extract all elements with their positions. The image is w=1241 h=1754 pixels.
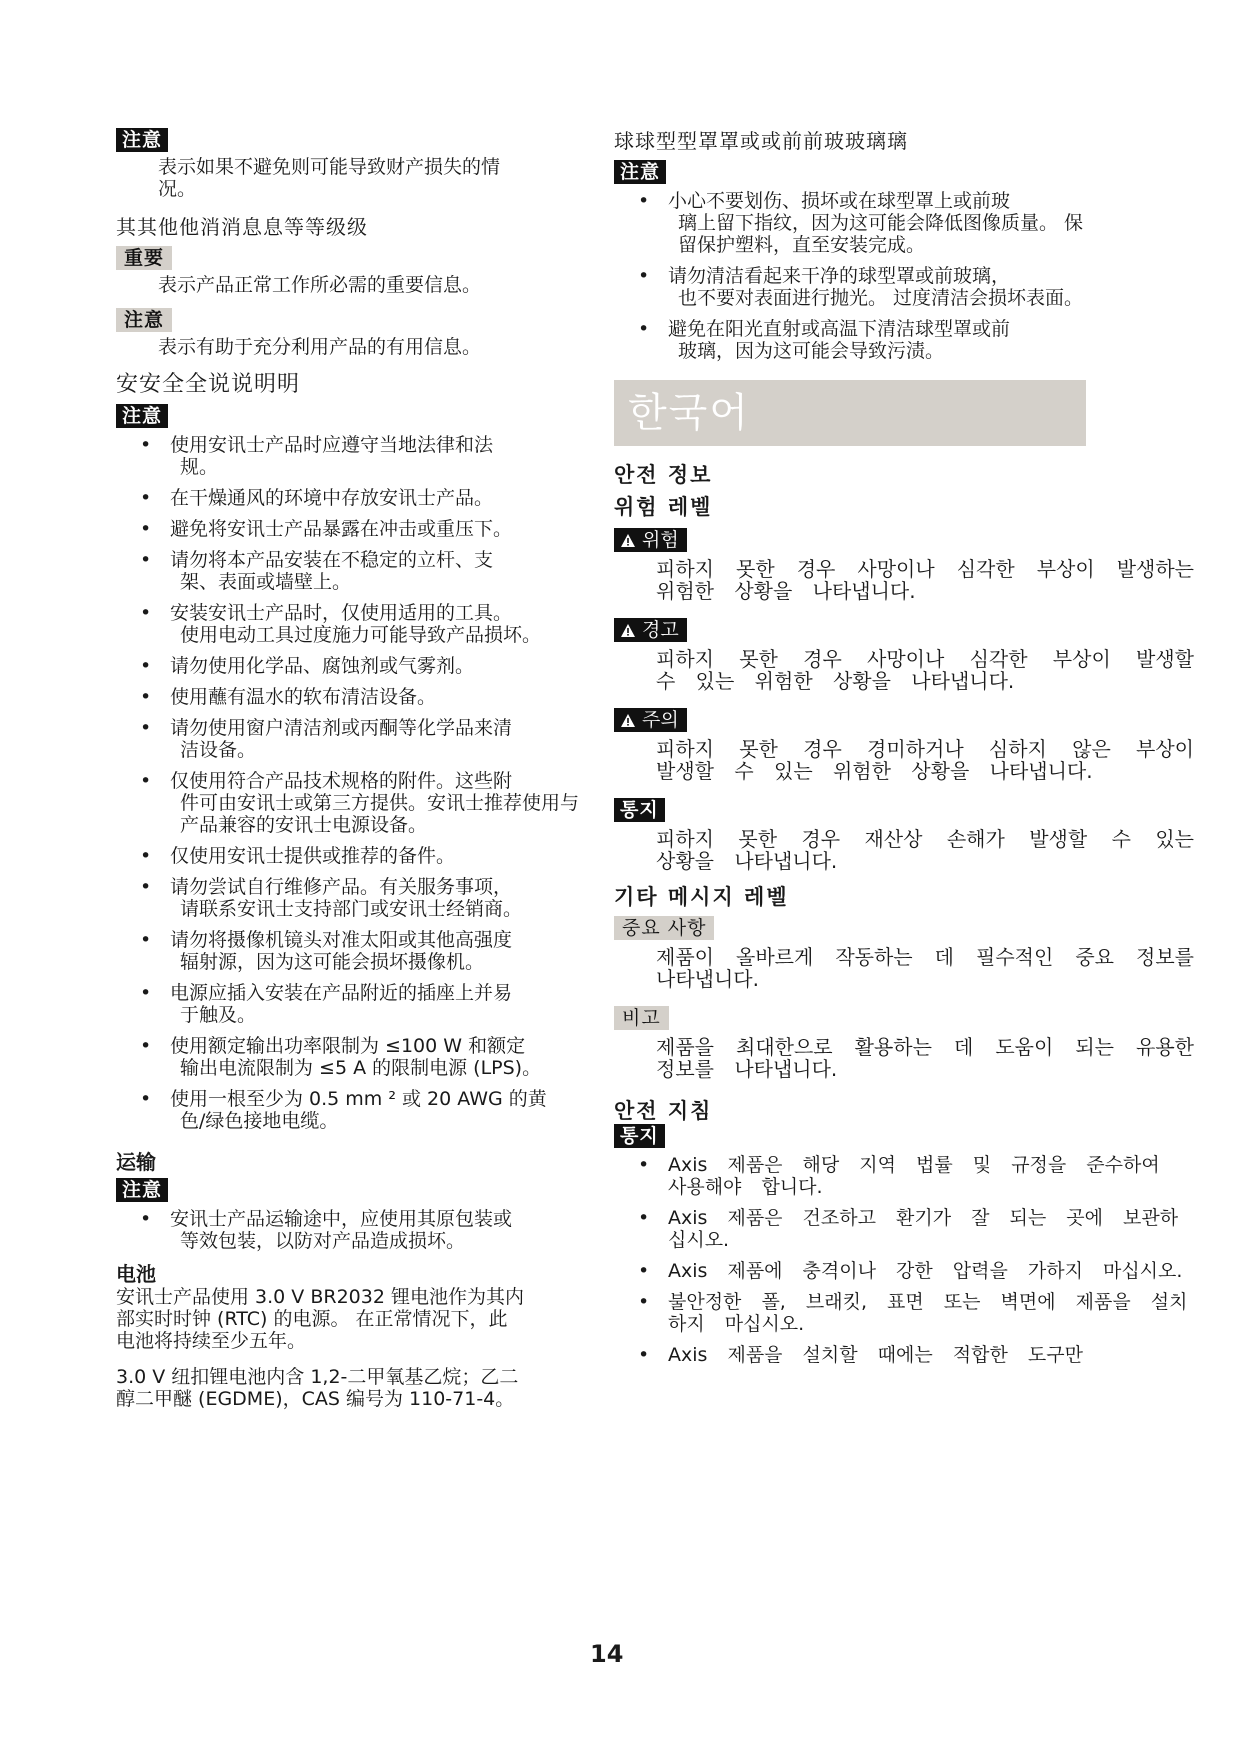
caution-description: 피하지 못한 경우 경미하거나 심하지 않은 부상이 발생할 수 있는 위험한 … (656, 738, 1194, 782)
list-item: 使用蘸有温水的软布清洁设备。 (116, 686, 596, 708)
list-item: 请勿将本产品安装在不稳定的立杆、支架、表面或墙壁上。 (116, 549, 596, 593)
language-banner: 한국어 (614, 380, 1086, 446)
list-item: 安装安讯士产品时，仅使用适用的工具。使用电动工具过度施力可能导致产品损坏。 (116, 602, 596, 646)
note-tag: 注意 (116, 308, 172, 332)
note-description: 表示有助于充分利用产品的有用信息。 (158, 336, 596, 358)
danger-tag: 위험 (614, 528, 687, 552)
safety-instructions-list: Axis 제품은 해당 지역 법률 및 규정을 준수하여 사용해야 합니다. A… (614, 1154, 1194, 1366)
warning-tag: 경고 (614, 618, 687, 642)
important-description: 表示产品正常工作所必需的重要信息。 (158, 274, 596, 296)
list-item: 小心不要划伤、损坏或在球型罩上或前玻璃上留下指纹，因为这可能会降低图像质量。 保… (614, 190, 1094, 256)
list-item: 避免在阳光直射或高温下清洁球型罩或前玻璃，因为这可能会导致污渍。 (614, 318, 1094, 362)
list-item: 请勿清洁看起来干净的球型罩或前玻璃，也不要对表面进行抛光。 过度清洁会损坏表面。 (614, 265, 1094, 309)
dome-list: 小心不要划伤、损坏或在球型罩上或前玻璃上留下指纹，因为这可能会降低图像质量。 保… (614, 190, 1094, 362)
warning-triangle-icon (620, 533, 636, 548)
list-item: 使用额定输出功率限制为 ≤100 W 和额定输出电流限制为 ≤5 A 的限制电源… (116, 1035, 596, 1079)
battery-heading: 电池 (116, 1262, 596, 1286)
list-item: Axis 제품은 건조하고 환기가 잘 되는 곳에 보관하십시오. (614, 1207, 1194, 1251)
warning-description: 피하지 못한 경우 사망이나 심각한 부상이 발생할 수 있는 위험한 상황을 … (656, 648, 1194, 692)
battery-paragraph-2: 3.0 V 纽扣锂电池内含 1,2-二甲氧基乙烷；乙二 醇二甲醚 (EGDME)… (116, 1366, 596, 1410)
list-item: 使用安讯士产品时应遵守当地法律和法规。 (116, 434, 596, 478)
safety-caution-tag: 注意 (116, 404, 168, 428)
list-item: 电源应插入安装在产品附近的插座上并易于触及。 (116, 982, 596, 1026)
notice-tag: 통지 (614, 798, 665, 822)
list-item: 请勿使用化学品、腐蚀剂或气雾剂。 (116, 655, 596, 677)
battery-paragraph-1: 安讯士产品使用 3.0 V BR2032 锂电池作为其内 部实时时钟 (RTC)… (116, 1286, 596, 1352)
safety-info-heading: 안전 정보 (614, 462, 1194, 488)
left-column: 注意 表示如果不避免则可能导致财产损失的情 况。 其其他他消消息息等等级级 重要… (116, 128, 596, 1410)
list-item: 불안정한 폴, 브래킷, 표면 또는 벽면에 제품을 설치하지 마십시오. (614, 1291, 1194, 1335)
dome-caution-tag: 注意 (614, 160, 666, 184)
safety-instructions-heading: 安安全全说说明明 (116, 372, 596, 398)
transport-list: 安讯士产品运输途中，应使用其原包装或等效包装，以防对产品造成损坏。 (116, 1208, 596, 1252)
caution-description: 表示如果不避免则可能导致财产损失的情 况。 (158, 156, 596, 200)
note-tag: 비고 (614, 1006, 669, 1030)
caution-description-line: 表示如果不避免则可能导致财产损失的情 (158, 156, 596, 178)
list-item: Axis 제품을 설치할 때에는 적합한 도구만 (614, 1344, 1194, 1366)
list-item: Axis 제품에 충격이나 강한 압력을 가하지 마십시오. (614, 1260, 1194, 1282)
other-levels-heading: 其其他他消消息息等等级级 (116, 214, 596, 240)
caution-description-line: 况。 (158, 178, 596, 200)
safety-list: 使用安讯士产品时应遵守当地法律和法规。 在干燥通风的环境中存放安讯士产品。 避免… (116, 434, 596, 1132)
transport-caution-tag: 注意 (116, 1178, 168, 1202)
hazard-levels-heading: 위험 레벨 (614, 494, 1194, 520)
caution-tag: 注意 (116, 128, 168, 152)
list-item: 使用一根至少为 0.5 mm ² 或 20 AWG 的黄色/绿色接地电缆。 (116, 1088, 596, 1132)
transport-heading: 运输 (116, 1150, 596, 1174)
note-description: 제품을 최대한으로 활용하는 데 도움이 되는 유용한 정보를 나타냅니다. (656, 1036, 1194, 1080)
warning-triangle-icon (620, 713, 636, 728)
list-item: 请勿尝试自行维修产品。有关服务事项，请联系安讯士支持部门或安讯士经销商。 (116, 876, 596, 920)
important-tag: 重要 (116, 246, 172, 270)
other-levels-heading: 기타 메시지 레벨 (614, 884, 1194, 910)
warning-triangle-icon (620, 623, 636, 638)
list-item: 请勿使用窗户清洁剂或丙酮等化学品来清洁设备。 (116, 717, 596, 761)
safety-instructions-heading: 안전 지침 (614, 1098, 1194, 1124)
important-description: 제품이 올바르게 작동하는 데 필수적인 중요 정보를 나타냅니다. (656, 946, 1194, 990)
list-item: 请勿将摄像机镜头对准太阳或其他高强度辐射源，因为这可能会损坏摄像机。 (116, 929, 596, 973)
page-number: 14 (590, 1640, 623, 1668)
list-item: 仅使用安讯士提供或推荐的备件。 (116, 845, 596, 867)
list-item: 避免将安讯士产品暴露在冲击或重压下。 (116, 518, 596, 540)
notice-description: 피하지 못한 경우 재산상 손해가 발생할 수 있는 상황을 나타냅니다. (656, 828, 1194, 872)
list-item: 安讯士产品运输途中，应使用其原包装或等效包装，以防对产品造成损坏。 (116, 1208, 596, 1252)
list-item: 仅使用符合产品技术规格的附件。这些附件可由安讯士或第三方提供。安讯士推荐使用与产… (116, 770, 596, 836)
dome-cover-heading: 球球型型罩罩或或前前玻玻璃璃 (614, 128, 1194, 154)
danger-description: 피하지 못한 경우 사망이나 심각한 부상이 발생하는 위험한 상황을 나타냅니… (656, 558, 1194, 602)
safety-notice-tag: 통지 (614, 1124, 665, 1148)
caution-tag: 주의 (614, 708, 687, 732)
important-tag: 중요 사항 (614, 916, 714, 940)
list-item: 在干燥通风的环境中存放安讯士产品。 (116, 487, 596, 509)
right-column: 球球型型罩罩或或前前玻玻璃璃 注意 小心不要划伤、损坏或在球型罩上或前玻璃上留下… (614, 128, 1194, 1375)
list-item: Axis 제품은 해당 지역 법률 및 규정을 준수하여 사용해야 합니다. (614, 1154, 1194, 1198)
